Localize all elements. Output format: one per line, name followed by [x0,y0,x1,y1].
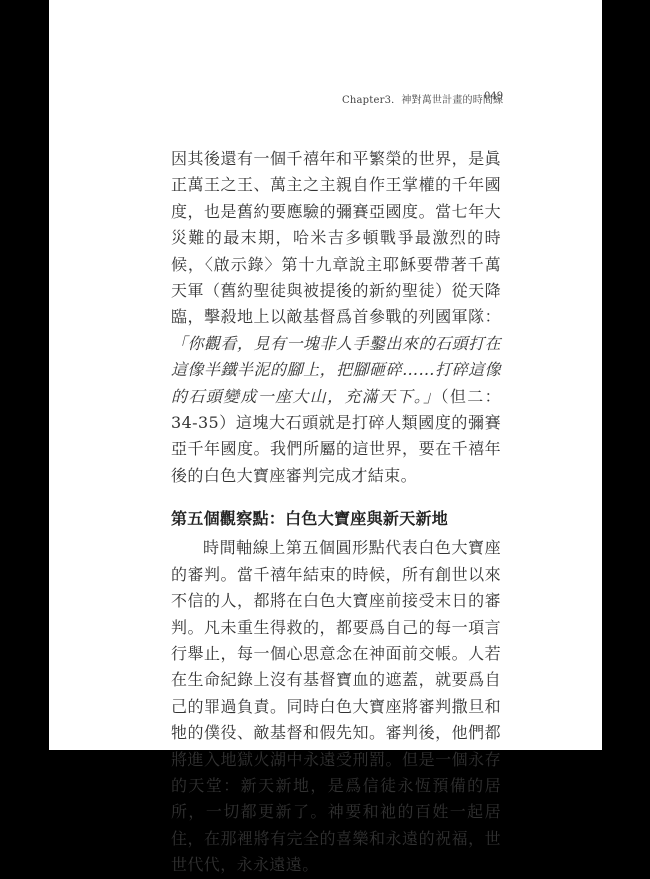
book-page: Chapter3．神對萬世計畫的時間線 049 因其後還有一個千禧年和平繁榮的世… [49,0,602,750]
paragraph-millennium: 因其後還有一個千禧年和平繁榮的世界，是眞正萬王之王、萬主之主親自作王掌權的千年國… [171,146,501,489]
paragraph-white-throne: 時間軸線上第五個圓形點代表白色大寶座的審判。當千禧年結束的時候，所有創世以來不信… [171,535,501,750]
chapter-title: Chapter3．神對萬世計畫的時間線 [342,91,503,106]
running-header: Chapter3．神對萬世計畫的時間線 049 [49,89,602,109]
paragraph-text: 因其後還有一個千禧年和平繁榮的世界，是眞正萬王之王、萬主之主親自作王掌權的千年國… [171,149,501,326]
page-number: 049 [484,91,503,102]
section-heading: 第五個觀察點：白色大寶座與新天新地 [171,506,501,532]
body-text: 因其後還有一個千禧年和平繁榮的世界，是眞正萬王之王、萬主之主親自作王掌權的千年國… [171,146,501,750]
